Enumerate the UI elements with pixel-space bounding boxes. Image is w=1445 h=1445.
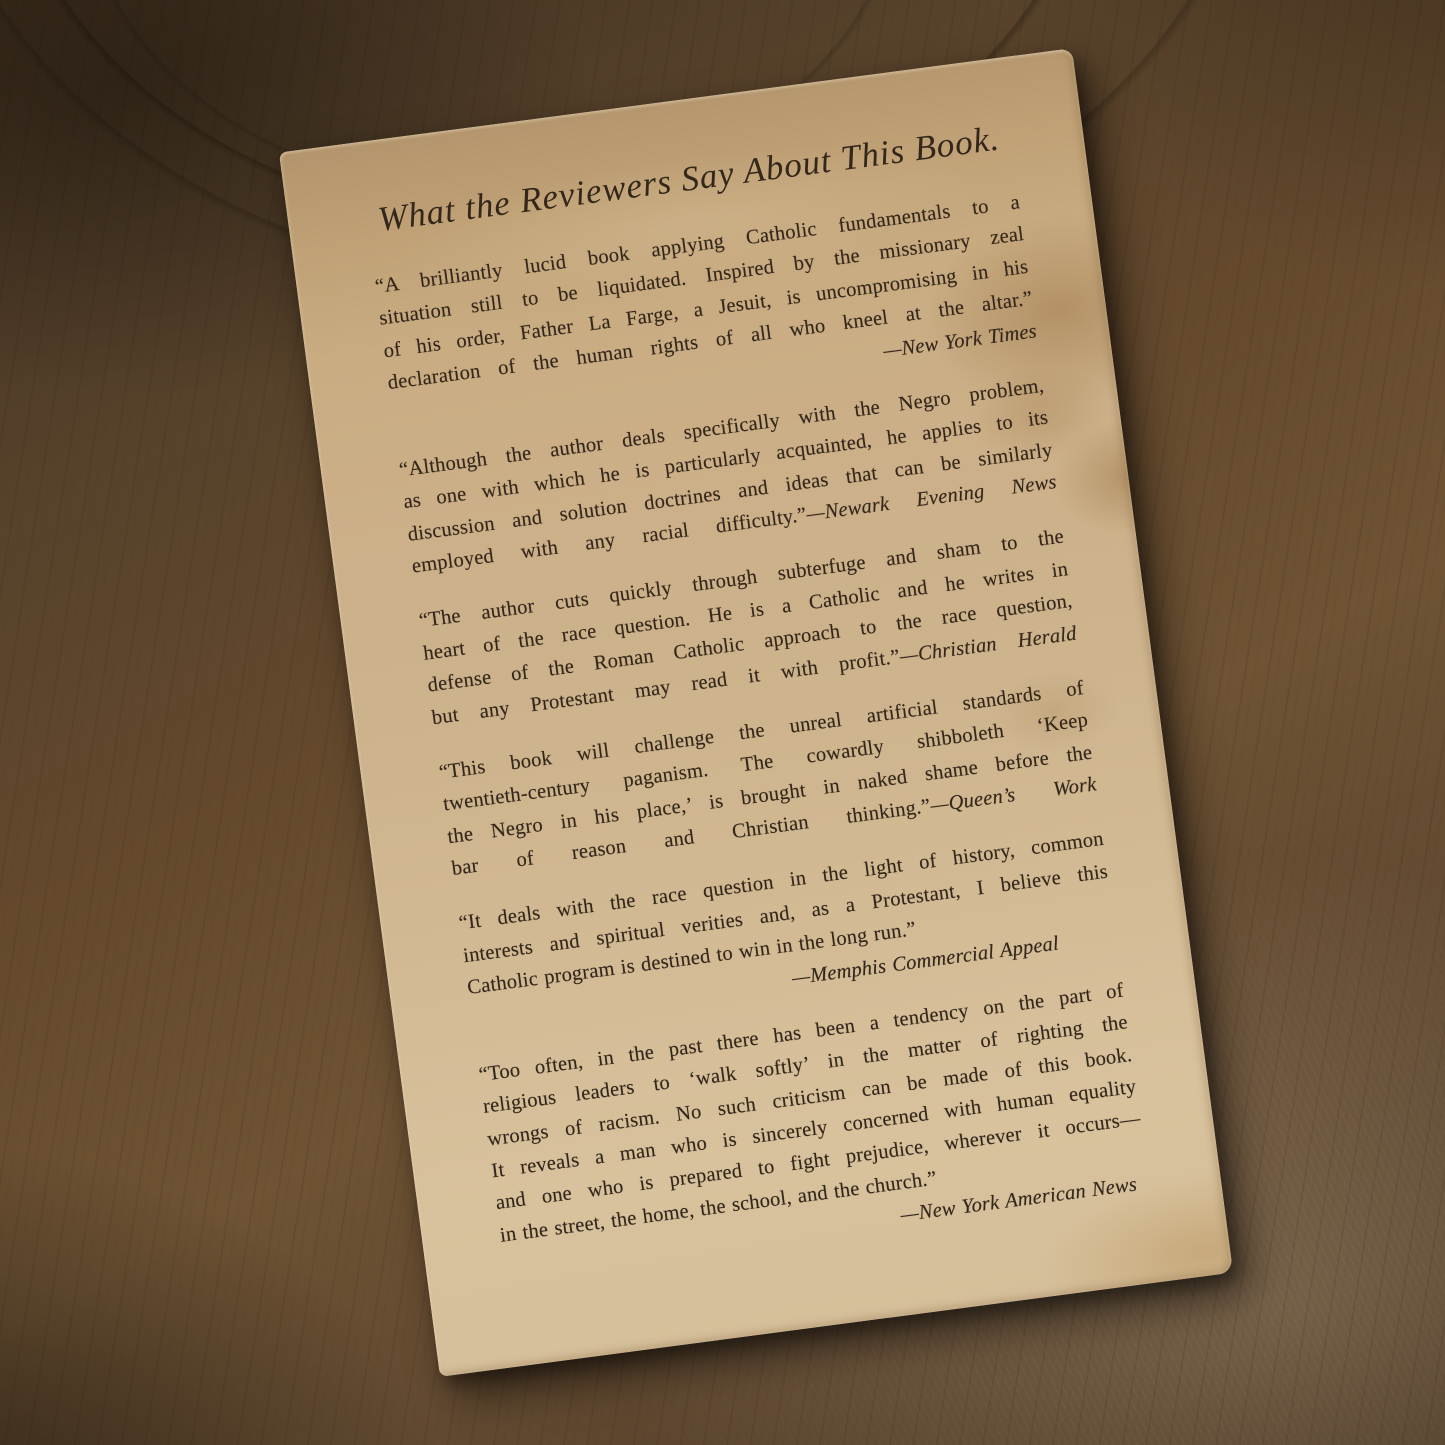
photo-scene: What the Reviewers Say About This Book. … [0, 0, 1445, 1445]
book-back-cover: What the Reviewers Say About This Book. … [279, 48, 1233, 1377]
book-content: What the Reviewers Say About This Book. … [364, 117, 1157, 1331]
